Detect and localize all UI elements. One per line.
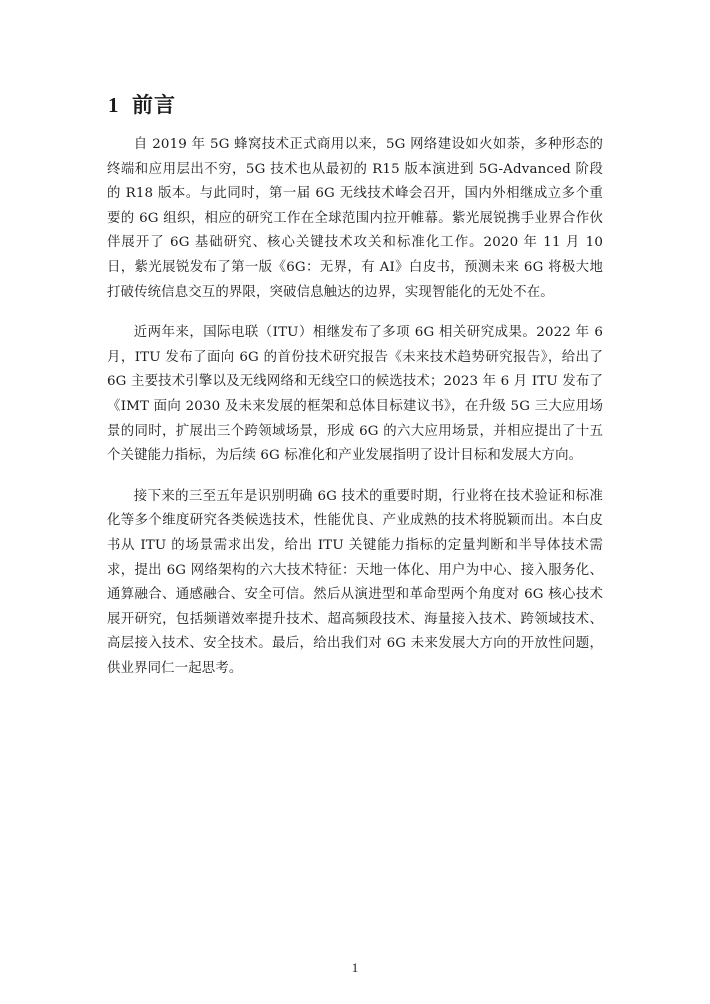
page-footer: 1	[0, 958, 710, 978]
document-page: 1前言 自 2019 年 5G 蜂窝技术正式商用以来，5G 网络建设如火如荼，多…	[0, 0, 710, 1004]
paragraph-3: 接下来的三至五年是识别明确 6G 技术的重要时期，行业将在技术验证和标准化等多个…	[107, 485, 603, 682]
section-body: 自 2019 年 5G 蜂窝技术正式商用以来，5G 网络建设如火如荼，多种形态的…	[107, 133, 603, 697]
section-heading: 1前言	[108, 90, 176, 120]
paragraph-2: 近两年来，国际电联（ITU）相继发布了多项 6G 相关研究成果。2022 年 6…	[107, 321, 603, 469]
paragraph-1: 自 2019 年 5G 蜂窝技术正式商用以来，5G 网络建设如火如荼，多种形态的…	[107, 133, 603, 305]
page-number: 1	[352, 960, 359, 975]
section-title: 前言	[132, 93, 176, 117]
section-number: 1	[108, 90, 132, 120]
